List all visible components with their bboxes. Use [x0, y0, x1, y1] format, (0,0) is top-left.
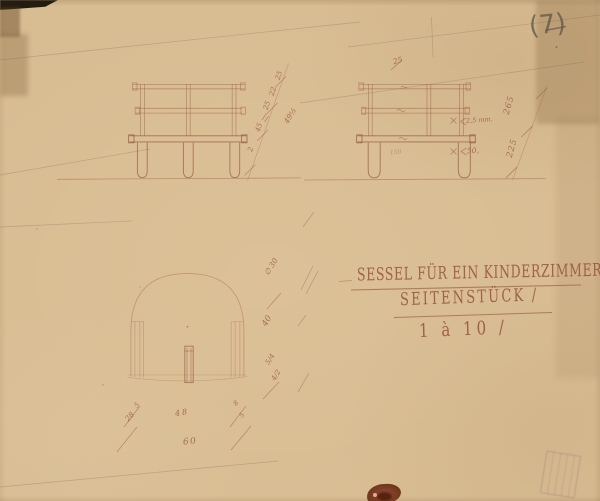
- collection-stamp: [540, 451, 581, 499]
- drawing-subtitle: SEITENSTÜCK /: [400, 287, 539, 309]
- front-dimension-chain: [245, 64, 289, 181]
- plan-seat-outline: [131, 274, 244, 377]
- ink-stain-highlight: [373, 493, 377, 497]
- drawing-linework: [0, 0, 600, 501]
- dim-side-seat-note: 150: [390, 150, 402, 157]
- pencil-ticks: [298, 212, 318, 392]
- paper-creases: [0, 15, 600, 487]
- front-legs: [137, 143, 239, 178]
- dim-side-leg-width: 50,: [467, 147, 479, 155]
- plan-center-leg: [185, 346, 193, 382]
- side-seat: [357, 135, 476, 143]
- front-seat: [129, 135, 247, 143]
- side-elevation-drawing: [357, 83, 476, 178]
- plan-side-legs: [131, 322, 244, 378]
- side-legs: [368, 143, 470, 178]
- plan-center-point: [187, 326, 189, 328]
- ink-stain-core: [377, 492, 392, 501]
- drawing-sheet: (7) SESSEL FÜR EIN KINDERZIMMER SEITENST…: [0, 0, 600, 501]
- plan-drawing: [128, 274, 248, 383]
- drawing-scale: 1 à 10 /: [419, 318, 508, 341]
- ground-line: [57, 178, 546, 180]
- plan-dimension-marks: [117, 293, 281, 452]
- pencil-specks: [36, 228, 140, 385]
- dim-side-rail-thickness: 2,5 mm.: [466, 116, 493, 124]
- plan-front-edge: [128, 377, 248, 381]
- corner-inventory-mark: (7): [528, 10, 567, 40]
- drawing-title: SESSEL FÜR EIN KINDERZIMMER: [357, 262, 600, 284]
- side-posts: [368, 84, 463, 136]
- dim-plan-total-width: 60: [183, 437, 198, 447]
- front-posts: [141, 84, 236, 136]
- front-elevation-drawing: [129, 83, 247, 178]
